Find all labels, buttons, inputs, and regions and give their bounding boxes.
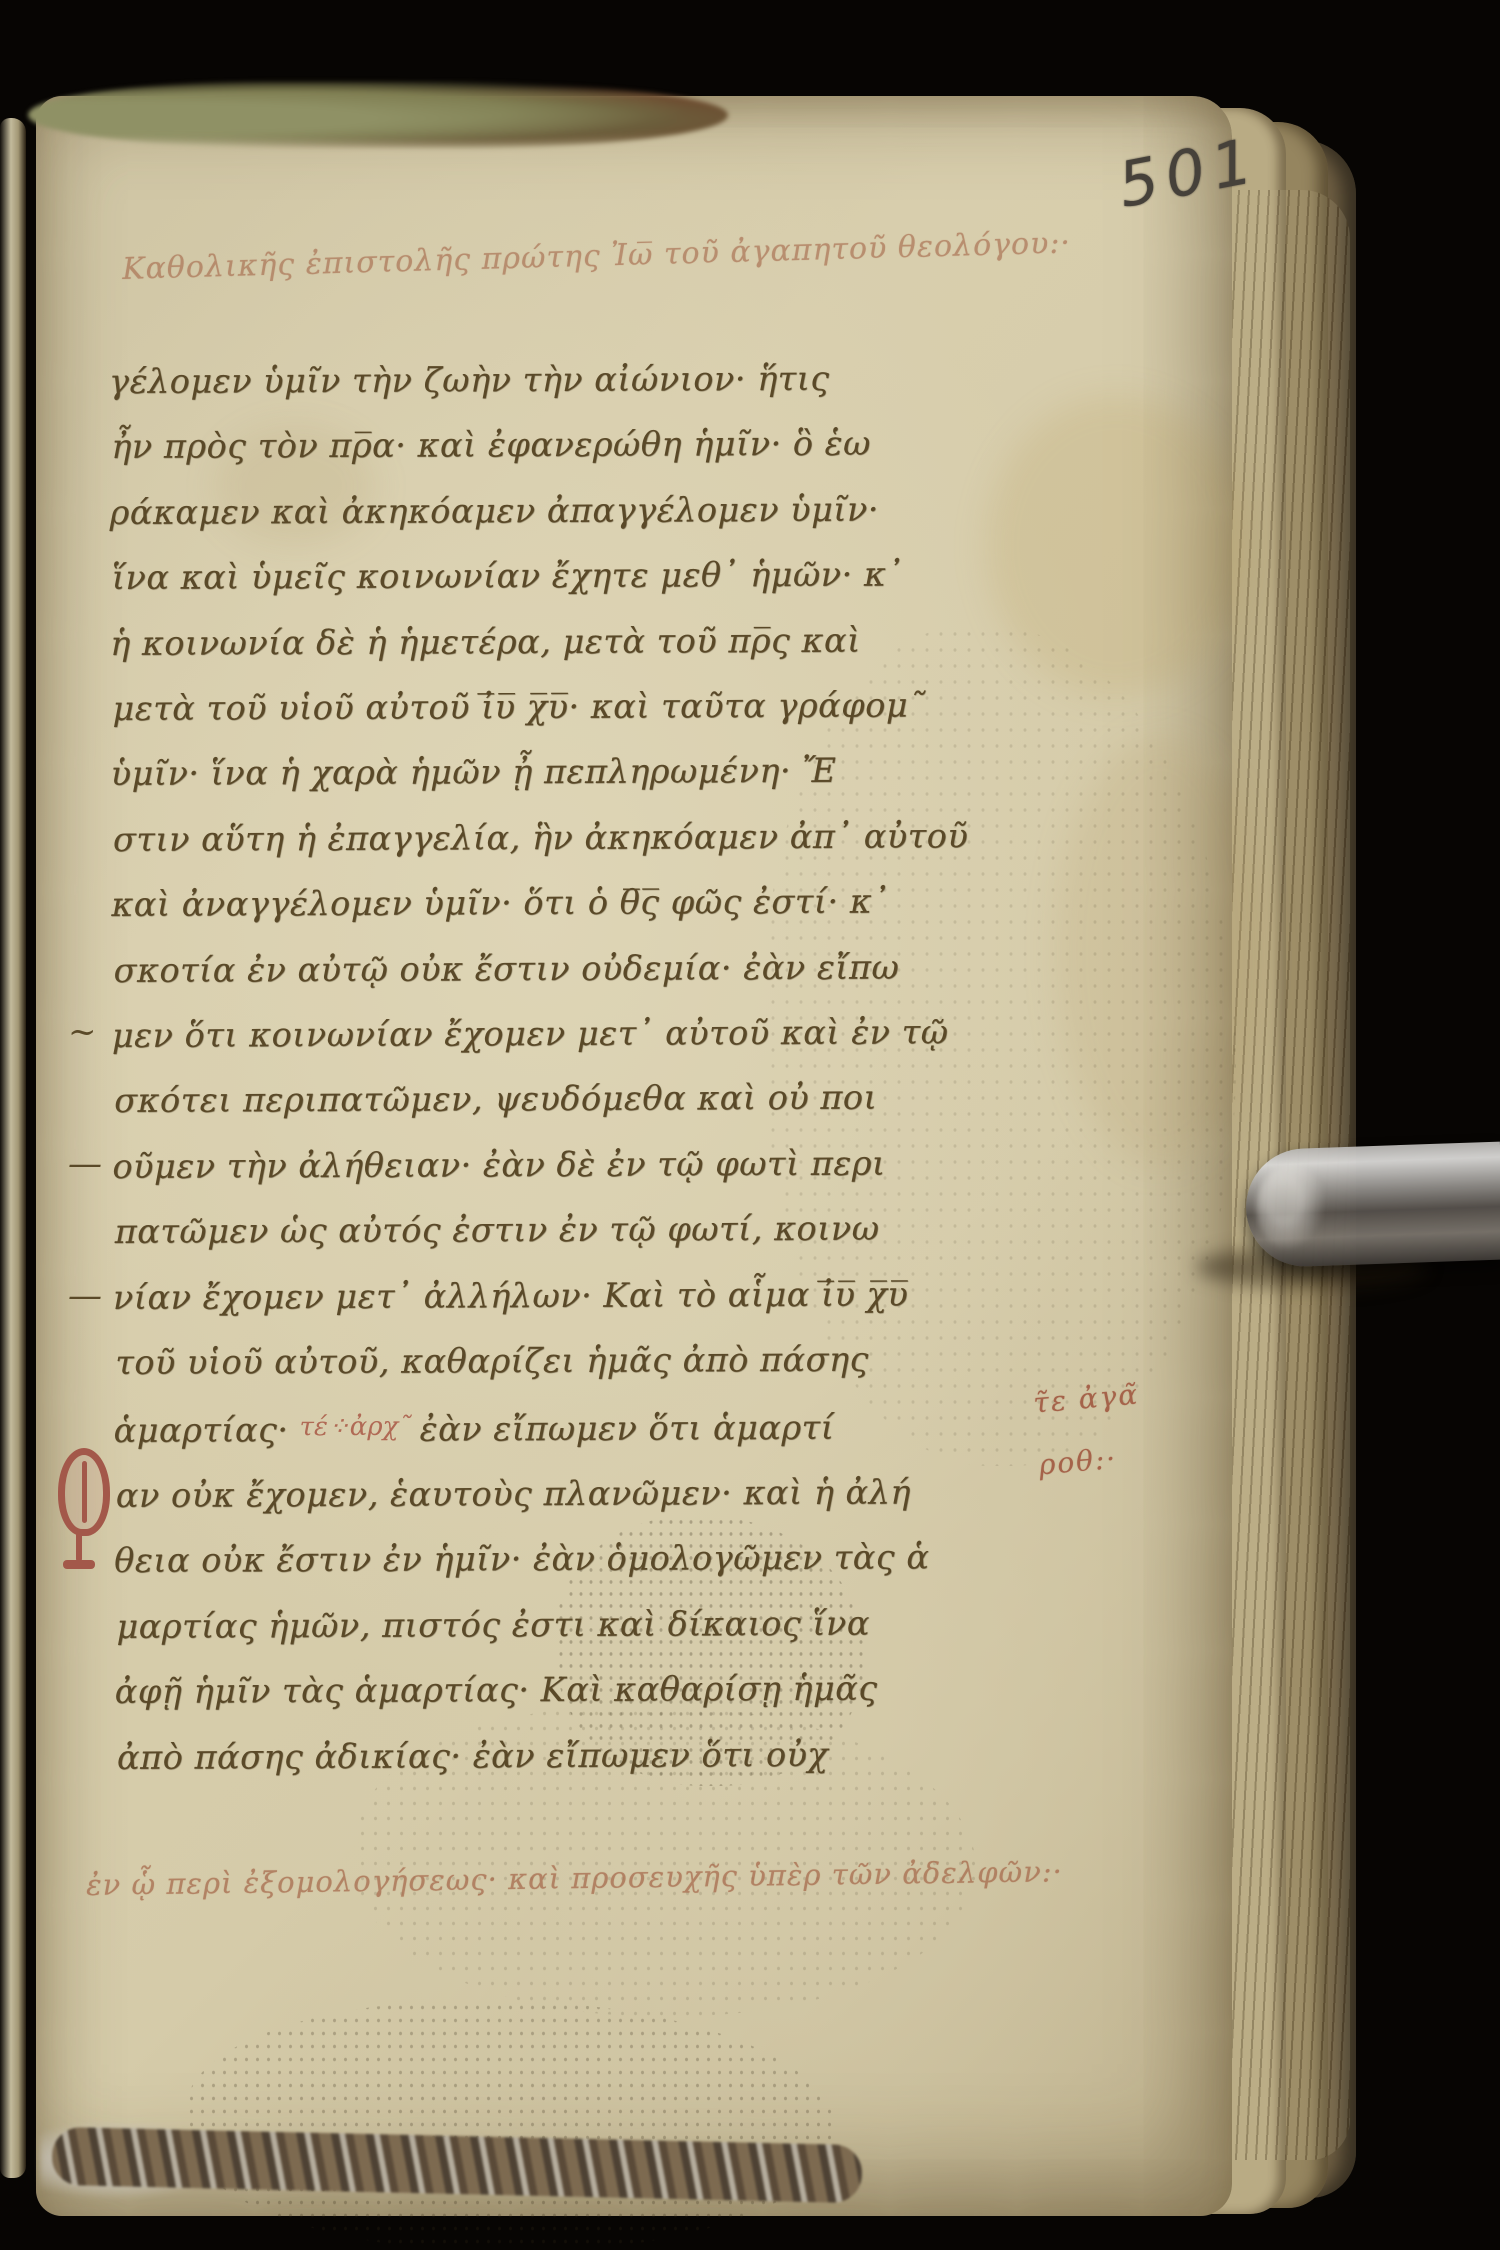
facing-page-edge [0,118,26,2178]
initial-stem [76,1532,82,1562]
text-line: ἵνα καὶ ὑμεῖς κοινωνίαν ἔχητε μεθ᾿ ἡμῶν·… [112,541,1032,610]
text-line: ἦν πρὸς τὸν πρ̅α· καὶ ἐφανερώθη ἡμῖν· ὃ … [111,410,1031,479]
main-text-block: γέλομεν ὑμῖν τὴν ζωὴν τὴν αἰώνιον· ἥτις … [109,345,1035,1790]
text-line: σκοτία ἐν αὐτῷ οὐκ ἔστιν οὐδεμία· ἐὰν εἴ… [113,934,1033,1003]
marginal-note-line: τ̃ε ἀγα̃ [1031,1364,1142,1435]
text-line: καὶ ἀναγγέλομεν ὑμῖν· ὅτι ὁ θ̅ς̅ φῶς ἐστ… [111,868,1031,937]
marginal-note-line: ροθ:· [1036,1425,1147,1496]
text-line: τοῦ υἱοῦ αὐτοῦ, καθαρίζει ἡμᾶς ἀπὸ πάσης [115,1326,1035,1395]
text-line: ράκαμεν καὶ ἀκηκόαμεν ἀπαγγέλομεν ὑμῖν· [109,476,1029,545]
text-line: νίαν ἔχομεν μετ᾿ ἀλλήλων· Καὶ τὸ αἷμα ἰ̅… [113,1261,1033,1330]
text-segment: ἐὰν εἴπωμεν ὅτι ἁμαρτί [420,1407,835,1448]
margin-paraph-mark: ~ [68,1012,108,1052]
text-line: πατῶμεν ὡς αὐτός ἐστιν ἐν τῷ φωτί, κοινω [115,1195,1035,1264]
page-holder-tip-highlight [1255,1164,1328,1252]
manuscript-photo: 501 Καθολικῆς ἐπιστολῆς πρώτης Ἰω̅ τοῦ ἀ… [0,0,1500,2250]
headband-fabric [28,82,728,148]
follicle-speckles [186,2001,836,2250]
text-line: ὑμῖν· ἵνα ἡ χαρὰ ἡμῶν ᾖ πεπληρωμένη· Ἔ [111,737,1031,806]
ornamental-initial [56,1448,102,1576]
text-line: οῦμεν τὴν ἀλήθειαν· ἐὰν δὲ ἐν τῷ φωτὶ πε… [112,1130,1032,1199]
text-line: θεια οὐκ ἔστιν ἐν ἡμῖν· ἐὰν ὁμολογῶμεν τ… [114,1524,1034,1593]
text-line: αν οὐκ ἔχομεν, ἑαυτοὺς πλανῶμεν· καὶ ἡ ἀ… [116,1459,1036,1528]
lection-mark-red: τέ⁘ἀρχ῀ [300,1411,420,1442]
text-line: στιν αὕτη ἡ ἐπαγγελία, ἣν ἀκηκόαμεν ἀπ᾿ … [113,803,1033,872]
text-line: μαρτίας ἡμῶν, πιστός ἐστι καὶ δίκαιος ἵν… [116,1590,1036,1659]
text-line-with-lection-mark: ἁμαρτίας· τέ⁘ἀρχ῀ ἐὰν εἴπωμεν ὅτι ἁμαρτί [113,1391,1033,1462]
text-line: ἡ κοινωνία δὲ ἡ ἡμετέρα, μετὰ τοῦ πρ̅ς κ… [110,607,1030,676]
text-segment: ἁμαρτίας· [113,1410,299,1450]
margin-paraph-mark: — [68,1276,108,1316]
text-line: μεν ὅτι κοινωνίαν ἔχομεν μετ᾿ αὐτοῦ καὶ … [112,999,1032,1068]
text-line: ἀπὸ πάσης ἀδικίας· ἐὰν εἴπωμεν ὅτι οὐχ [117,1721,1037,1790]
text-line: γέλομεν ὑμῖν τὴν ζωὴν τὴν αἰώνιον· ἥτις [109,345,1029,414]
margin-paraph-mark: — [68,1144,108,1184]
text-line: μετὰ τοῦ υἱοῦ αὐτοῦ ἰ̅υ̅ χ̅υ̅· καὶ ταῦτα… [112,672,1032,741]
page-holder-rod [1244,1142,1500,1269]
text-line: σκότει περιπατῶμεν, ψευδόμεθα καὶ οὐ ποι [114,1064,1034,1133]
initial-foot [63,1560,95,1569]
initial-bowl [58,1448,110,1536]
marginal-lection-note: τ̃ε ἀγα̃ ροθ:· [1031,1364,1147,1497]
text-line: ἀφῇ ἡμῖν τὰς ἁμαρτίας· Καὶ καθαρίσῃ ἡμᾶς [115,1655,1035,1724]
